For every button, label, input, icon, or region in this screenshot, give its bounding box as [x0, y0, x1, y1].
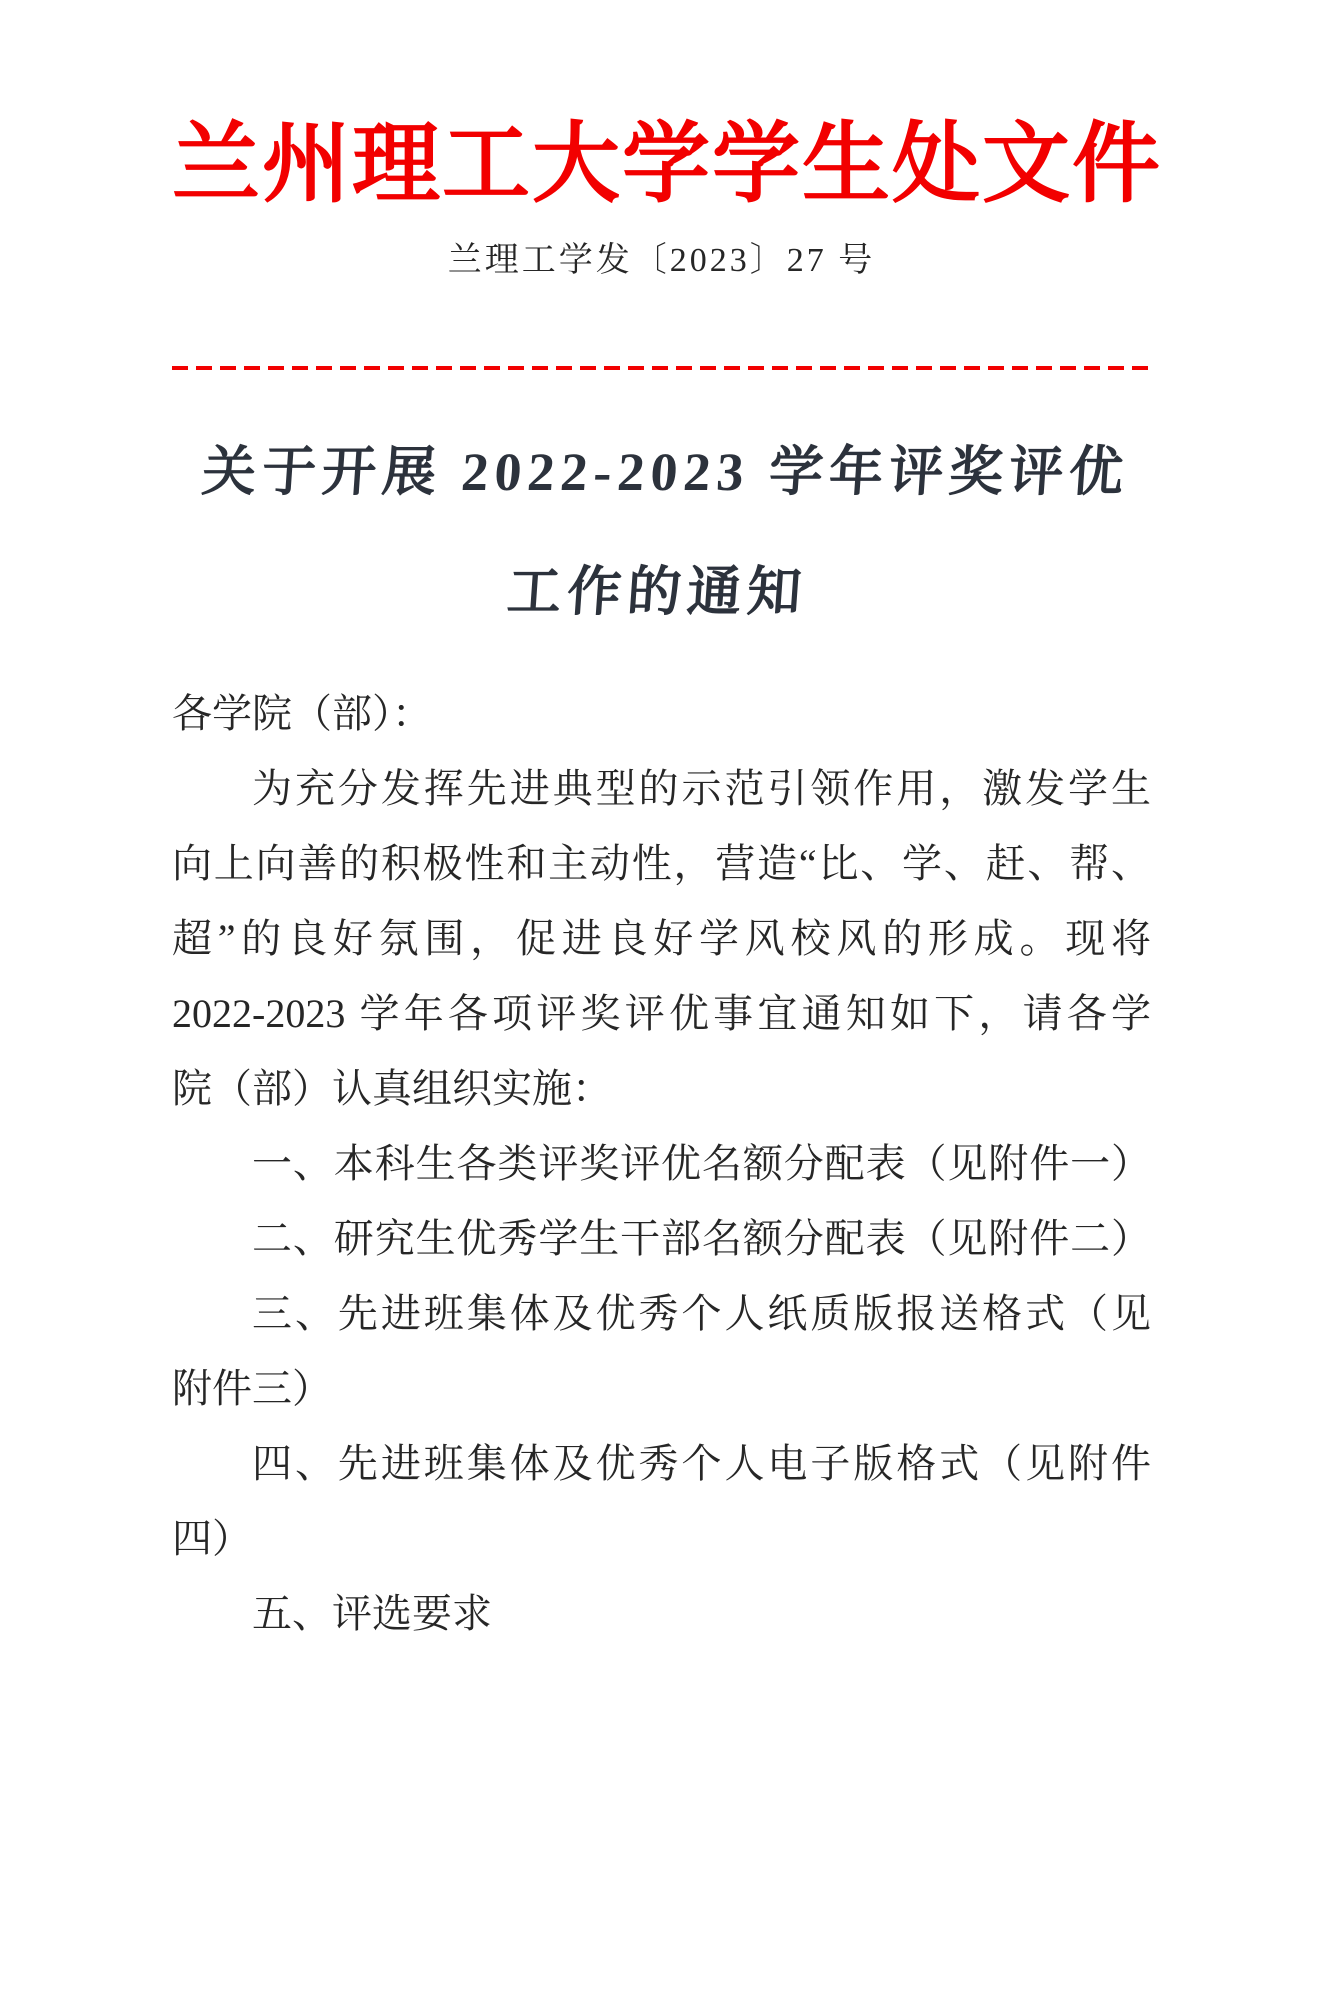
body-line: 一、本科生各类评奖评优名额分配表（见附件一） — [172, 1126, 1151, 1201]
body-line: 院（部）认真组织实施： — [172, 1051, 1151, 1126]
body-line: 超”的良好氛围，促进良好学风校风的形成。现将 — [172, 901, 1151, 976]
subject-line-2: 工作的通知 — [165, 554, 1149, 630]
body-line: 五、评选要求 — [172, 1576, 1151, 1651]
red-dashed-divider — [172, 366, 1151, 370]
subject-line-1: 关于开展 2022-2023 学年评奖评优 — [174, 434, 1158, 510]
body-line: 各学院（部）： — [172, 676, 1151, 751]
body-line: 向上向善的积极性和主动性，营造“比、学、赶、帮、 — [172, 826, 1151, 901]
body-line: 为充分发挥先进典型的示范引领作用，激发学生 — [172, 751, 1151, 826]
body-line: 附件三） — [172, 1351, 1151, 1426]
body-lines: 各学院（部）：为充分发挥先进典型的示范引领作用，激发学生向上向善的积极性和主动性… — [172, 676, 1151, 1651]
body-line: 四、先进班集体及优秀个人电子版格式（见附件 — [172, 1426, 1151, 1501]
letterhead-title: 兰州理工大学学生处文件 — [172, 118, 1151, 215]
body-line: 2022-2023 学年各项评奖评优事宜通知如下，请各学 — [172, 976, 1151, 1051]
body-line: 四） — [172, 1501, 1151, 1576]
document-page: 兰州理工大学学生处文件 兰理工学发〔2023〕27 号 关于开展 2022-20… — [0, 118, 1323, 1989]
doc-number: 兰理工学发〔2023〕27 号 — [172, 241, 1151, 282]
body-line: 三、先进班集体及优秀个人纸质版报送格式（见 — [172, 1276, 1151, 1351]
body-line: 二、研究生优秀学生干部名额分配表（见附件二） — [172, 1201, 1151, 1276]
subject-title: 关于开展 2022-2023 学年评奖评优 工作的通知 — [165, 434, 1158, 630]
